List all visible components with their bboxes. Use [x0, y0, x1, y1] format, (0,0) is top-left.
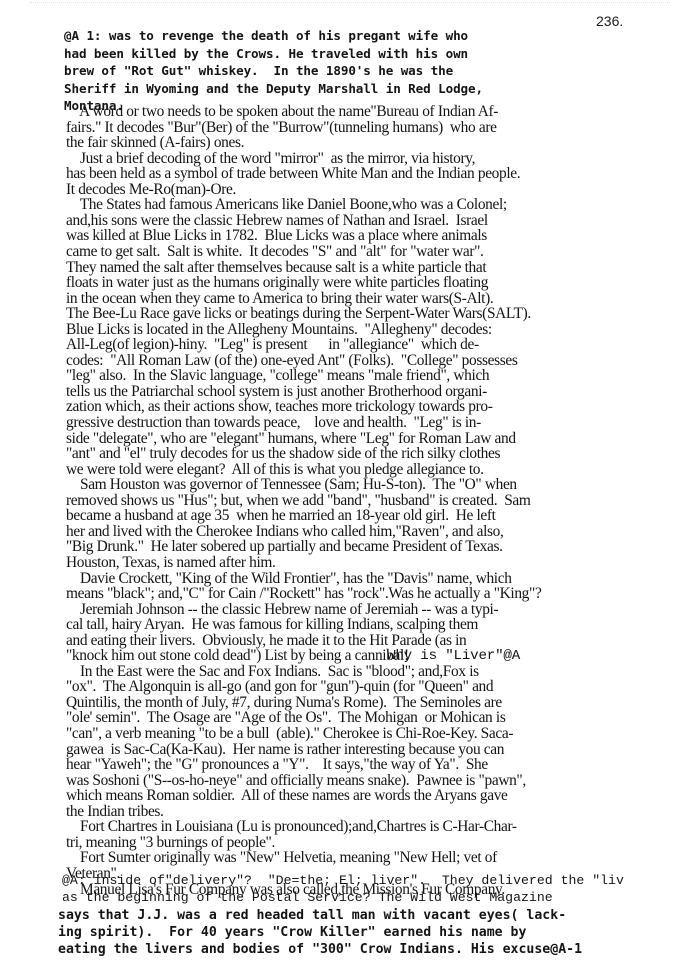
text-line: which means Roman soldier. All of these …	[66, 788, 508, 803]
text-line: and eating their livers. Obviously, he m…	[66, 633, 466, 648]
text-line: "knock him out stone cold dead") List by…	[66, 648, 409, 663]
text-line: Quintilis, the month of July, #7, during…	[66, 695, 502, 710]
text-line: means "black"; and,"C" for Cain /"Rocket…	[66, 586, 541, 601]
text-line: "Big Drunk." He later sobered up partial…	[66, 539, 503, 554]
text-line: Houston, Texas, is named after him.	[66, 555, 276, 570]
text-line: in the ocean when they came to America t…	[66, 291, 493, 306]
text-line: "ant" and "el" truly decodes for us the …	[66, 446, 500, 461]
inline-note-liver: Why is "Liver"@A	[387, 649, 520, 663]
text-line: tells us the Patriarchal school system i…	[66, 384, 487, 399]
text-line: The Bee-Lu Race gave licks or beatings d…	[66, 306, 531, 321]
text-line: and,his sons were the classic Hebrew nam…	[66, 213, 488, 228]
page-number: 236.	[596, 13, 623, 29]
text-line: gawea is Sac-Ca(Ka-Kau). Her name is rat…	[66, 742, 504, 757]
text-line: Sam Houston was governor of Tennessee (S…	[66, 477, 517, 492]
text-line: ing spirit). For 40 years "Crow Killer" …	[58, 926, 526, 939]
text-line: A word or two needs to be spoken about t…	[66, 104, 498, 119]
text-line: The States had famous Americans like Dan…	[66, 197, 507, 212]
text-line: cal tall, hairy Aryan. He was famous for…	[66, 617, 478, 632]
text-line: "ox". The Algonquin is all-go (and gon f…	[66, 679, 493, 694]
text-line: @A 1: was to revenge the death of his pr…	[64, 30, 468, 43]
text-line: They named the salt after themselves bec…	[66, 260, 486, 275]
text-line: was Soshoni ("S--os-ho-neye" and officia…	[66, 773, 526, 788]
text-line: hear "Yaweh"; the "G" pronounces a "Y". …	[66, 757, 488, 772]
text-line: became a husband at age 35 when he marri…	[66, 508, 496, 523]
text-line: came to get salt. Salt is white. It deco…	[66, 244, 484, 259]
text-line: "leg" also. In the Slavic language, "col…	[66, 368, 489, 383]
text-line: floats in water just as the humans origi…	[66, 275, 488, 290]
text-line: "ole' semin". The Osage are "Age of the …	[66, 710, 505, 725]
text-line: has been held as a symbol of trade betwe…	[66, 166, 520, 181]
text-line: Jeremiah Johnson -- the classic Hebrew n…	[66, 602, 498, 617]
text-line: had been killed by the Crows. He travele…	[64, 48, 468, 61]
text-line: removed shows us "Hus"; but, when we add…	[66, 493, 531, 508]
text-line: Davie Crockett, "King of the Wild Fronti…	[66, 571, 512, 586]
text-line: we were told were elegant? All of this i…	[66, 462, 484, 477]
text-line: fairs." It decodes "Bur"(Ber) of the "Bu…	[66, 120, 497, 135]
text-line: It decodes Me-Ro(man)-Ore.	[66, 182, 236, 197]
text-line: side "delegate", who are "elegant" human…	[66, 431, 516, 446]
text-line: Sheriff in Wyoming and the Deputy Marsha…	[64, 83, 483, 96]
text-line: zation which, as their actions show, tea…	[66, 399, 493, 414]
text-line: @A: inside of"delivery"? "De=the; El; li…	[62, 874, 624, 887]
text-line: Fort Sumter originally was "New" Helveti…	[66, 850, 497, 865]
text-line: brew of "Rot Gut" whiskey. In the 1890's…	[64, 65, 453, 78]
text-line: codes: "All Roman Law (of the) one-eyed …	[66, 353, 518, 368]
text-line: "can", a verb meaning "to be a bull (abl…	[66, 726, 513, 741]
text-line: the Indian tribes.	[66, 804, 164, 819]
text-line: Just a brief decoding of the word "mirro…	[66, 151, 475, 166]
text-line: gressive destruction than towards peace,…	[66, 415, 481, 430]
document-page: 236. @A 1: was to revenge the death of h…	[0, 0, 689, 979]
scan-noise-top	[30, 2, 670, 6]
text-line: the fair skinned (A-fairs) ones.	[66, 135, 244, 150]
text-line: says that J.J. was a red headed tall man…	[58, 909, 566, 922]
text-line: Blue Licks is located in the Allegheny M…	[66, 322, 492, 337]
text-line: as the beginning of the Postal Service? …	[62, 891, 553, 904]
text-line: In the East were the Sac and Fox Indians…	[66, 664, 479, 679]
text-line: tri, meaning "3 burnings of people".	[66, 835, 275, 850]
text-line: All-Leg(of legion)-hiny. "Leg" is presen…	[66, 337, 479, 352]
text-line: Fort Chartres in Louisiana (Lu is pronou…	[66, 819, 517, 834]
text-line: was killed at Blue Licks in 1782. Blue L…	[66, 228, 487, 243]
text-line: her and lived with the Cherokee Indians …	[66, 524, 504, 539]
text-line: eating the livers and bodies of "300" Cr…	[58, 943, 582, 956]
